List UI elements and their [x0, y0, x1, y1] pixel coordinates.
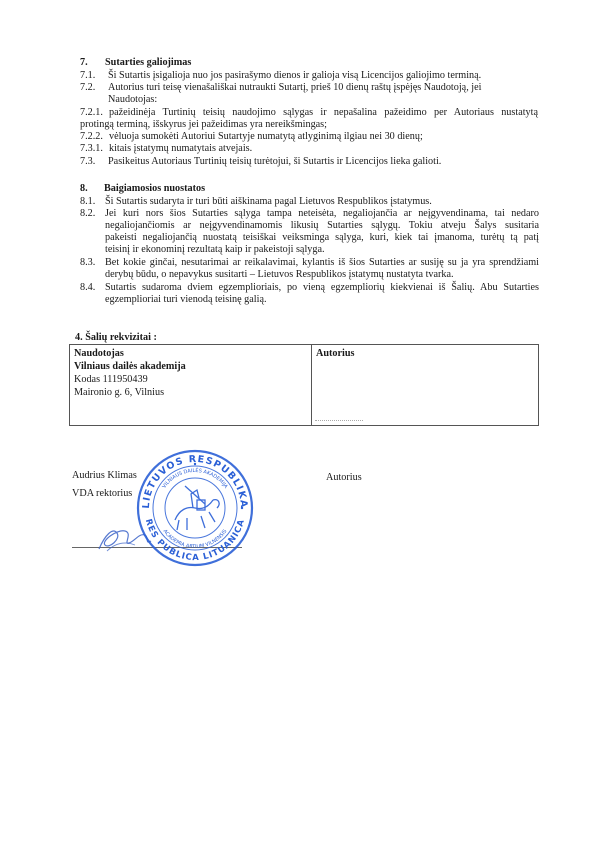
- clause-number: 8.4.: [80, 282, 95, 294]
- signer-name: Audrius Klimas: [72, 470, 137, 482]
- author-cell: Autorius: [312, 345, 538, 425]
- clause-text: Jei kuri nors šios Sutarties sąlyga tamp…: [105, 208, 539, 220]
- clause-text: egzemplioriai turi vienodą teisinę galią…: [105, 294, 267, 306]
- clause-text: negaliojančiomis ar neįgyvendinamomis li…: [105, 220, 539, 232]
- author-dotted-mark: [315, 420, 363, 421]
- clause-text: pakeisti negaliojančią nuostatą teisiška…: [105, 232, 539, 244]
- section-7-number: 7.: [80, 57, 88, 69]
- requisites-title: 4. Šalių rekvizitai :: [75, 332, 157, 344]
- svg-text:RES PUBLICA LITUANICA: RES PUBLICA LITUANICA: [143, 518, 247, 563]
- clause-number: 8.3.: [80, 257, 95, 269]
- author-role: Autorius: [316, 348, 355, 360]
- user-name: Vilniaus dailės akademija: [74, 361, 186, 373]
- clause-text: derybų būdu, o nepavykus susitarti – Lie…: [105, 269, 454, 281]
- clause-text: vėluoja sumokėti Autoriui Sutartyje numa…: [109, 131, 423, 143]
- clause-text: Sutartis sudaroma dviem egzemplioriais, …: [105, 282, 539, 294]
- author-signature-label: Autorius: [326, 472, 362, 484]
- clause-text: Bet kokie ginčai, nesutarimai ar reikala…: [105, 257, 539, 269]
- user-code: Kodas 111950439: [74, 374, 148, 386]
- user-address: Maironio g. 6, Vilnius: [74, 387, 164, 399]
- clause-text: Ši Sutartis sudaryta ir turi būti aiškin…: [105, 196, 432, 208]
- clause-number: 7.2.1.: [80, 107, 103, 119]
- requisites-table: Naudotojas Vilniaus dailės akademija Kod…: [69, 344, 539, 426]
- clause-text: pažeidinėja Turtinių teisių naudojimo są…: [109, 107, 538, 119]
- section-7-title: Sutarties galiojimas: [105, 57, 191, 69]
- document-page: 7. Sutarties galiojimas 7.1. Ši Sutartis…: [0, 0, 595, 842]
- clause-number: 7.3.: [80, 156, 95, 168]
- clause-number: 8.2.: [80, 208, 95, 220]
- user-role: Naudotojas: [74, 348, 124, 360]
- clause-number: 7.3.1.: [80, 143, 103, 155]
- clause-text: teisinį ir ekonominį rezultatą kaip ir p…: [105, 244, 325, 256]
- clause-text-cont: Naudotojas:: [108, 94, 157, 106]
- clause-text-cont: protingą terminą, išskyrus jei pažeidima…: [80, 119, 327, 131]
- svg-text:LIETUVOS RESPUBLIKA: LIETUVOS RESPUBLIKA: [141, 454, 249, 509]
- clause-number: 7.2.: [80, 82, 95, 94]
- user-cell: Naudotojas Vilniaus dailės akademija Kod…: [70, 345, 312, 425]
- clause-number: 8.1.: [80, 196, 95, 208]
- clause-number: 7.1.: [80, 70, 95, 82]
- clause-text: kitais įstatymų numatytais atvejais.: [109, 143, 252, 155]
- official-stamp-icon: LIETUVOS RESPUBLIKA RES PUBLICA LITUANIC…: [135, 448, 255, 568]
- clause-number: 7.2.2.: [80, 131, 103, 143]
- clause-text: Ši Sutartis įsigalioja nuo jos pasirašym…: [108, 70, 481, 82]
- section-8-number: 8.: [80, 183, 88, 195]
- clause-text: Pasikeitus Autoriaus Turtinių teisių tur…: [108, 156, 441, 168]
- section-8-title: Baigiamosios nuostatos: [104, 183, 205, 195]
- clause-text: Autorius turi teisę vienašališkai nutrau…: [108, 82, 481, 94]
- signer-title: VDA rektorius: [72, 488, 132, 500]
